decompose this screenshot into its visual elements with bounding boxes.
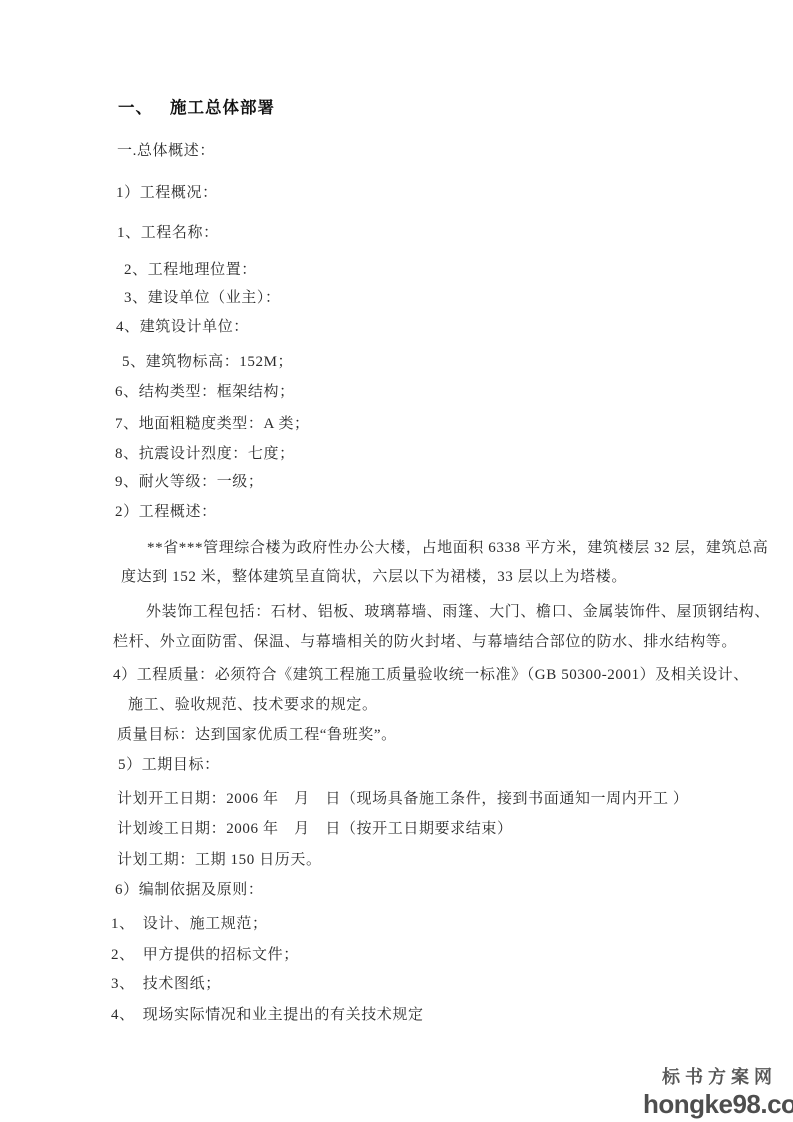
watermark-site-url: hongke98.com	[643, 1089, 791, 1120]
doc-line: 8、抗震设计烈度：七度；	[115, 444, 295, 464]
doc-line: 1、 设计、施工规范；	[111, 914, 268, 934]
doc-line: 栏杆、外立面防雷、保温、与幕墙相关的防火封堵、与幕墙结合部位的防水、排水结构等。	[113, 632, 737, 652]
watermark-site-name: 标书方案网	[643, 1063, 791, 1089]
doc-line: 4、建筑设计单位：	[116, 317, 249, 337]
doc-line: 1、工程名称：	[117, 223, 219, 243]
page-title: 一、施工总体部署	[118, 98, 275, 118]
doc-line: 5）工期目标：	[118, 755, 220, 775]
heading-number: 一、	[118, 98, 153, 117]
doc-line: 4、 现场实际情况和业主提出的有关技术规定	[111, 1005, 424, 1025]
doc-line: 6）编制依据及原则：	[115, 880, 264, 900]
doc-line: 度达到 152 米，整体建筑呈直筒状，六层以下为裙楼，33 层以上为塔楼。	[121, 567, 627, 587]
doc-line: 2、工程地理位置：	[124, 260, 257, 280]
doc-line: 7、地面粗糙度类型：A 类；	[115, 414, 310, 434]
doc-line: 2）工程概述：	[115, 502, 217, 522]
doc-line: 质量目标：达到国家优质工程“鲁班奖”。	[117, 725, 397, 745]
doc-line: 外装饰工程包括：石材、铝板、玻璃幕墙、雨篷、大门、檐口、金属装饰件、屋顶钢结构、	[146, 602, 770, 622]
doc-line: 6、结构类型：框架结构；	[115, 382, 295, 402]
doc-line: 计划开工日期：2006 年 月 日（现场具备施工条件，接到书面通知一周内开工 ）	[117, 789, 689, 809]
doc-line: 一.总体概述：	[117, 141, 215, 161]
doc-line: 3、 技术图纸；	[111, 974, 221, 994]
doc-line: 9、耐火等级：一级；	[115, 472, 264, 492]
doc-line: 3、建设单位（业主）：	[124, 288, 281, 308]
doc-line: 5、建筑物标高：152M；	[122, 352, 293, 372]
heading-text: 施工总体部署	[170, 98, 275, 117]
doc-line: 4）工程质量：必须符合《建筑工程施工质量验收统一标准》（GB 50300-200…	[113, 665, 749, 685]
document-page: 一、施工总体部署 一.总体概述： 1）工程概况： 1、工程名称： 2、工程地理位…	[0, 0, 793, 1122]
doc-line: 2、 甲方提供的招标文件；	[111, 945, 299, 965]
watermark: 标书方案网 hongke98.com	[643, 1063, 791, 1120]
doc-line: 计划工期：工期 150 日历天。	[117, 850, 322, 870]
doc-line: **省***管理综合楼为政府性办公大楼，占地面积 6338 平方米，建筑楼层 3…	[147, 538, 768, 558]
doc-line: 1）工程概况：	[116, 183, 218, 203]
doc-line: 施工、验收规范、技术要求的规定。	[128, 695, 378, 715]
doc-line: 计划竣工日期：2006 年 月 日（按开工日期要求结束）	[117, 819, 513, 839]
